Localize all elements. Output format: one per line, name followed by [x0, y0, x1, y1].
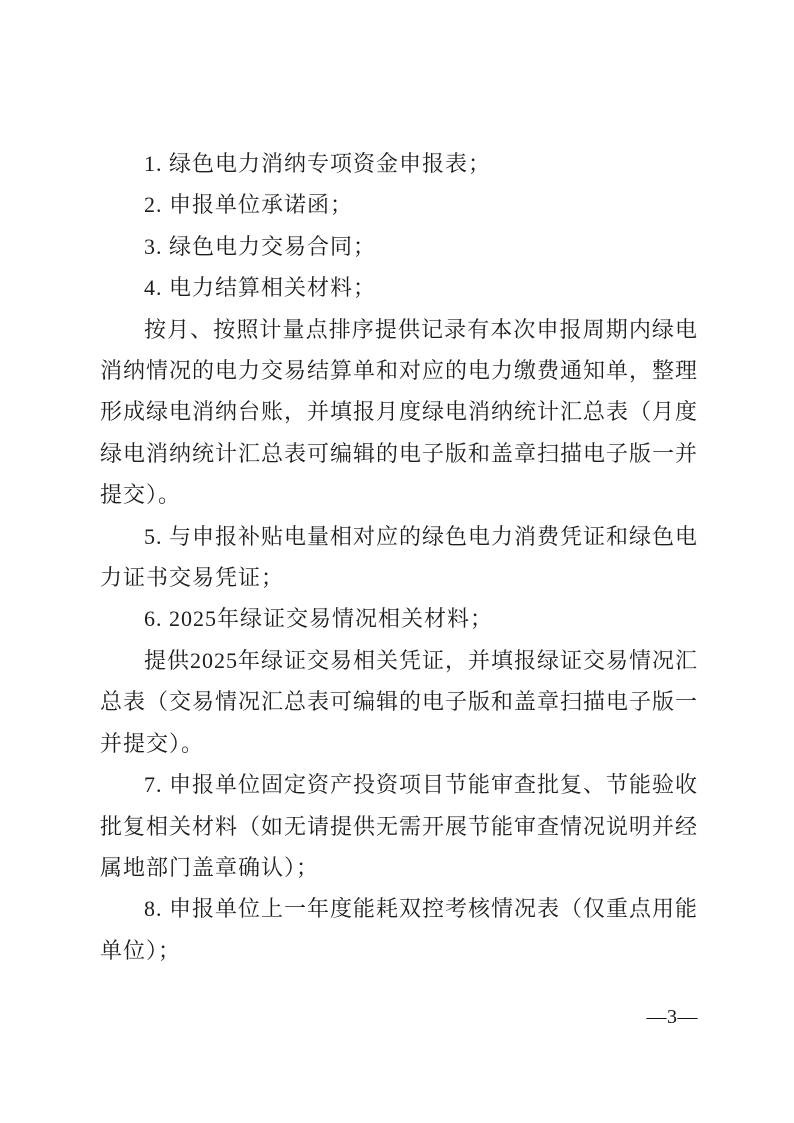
- list-item: 5. 与申报补贴电量相对应的绿色电力消费凭证和绿色电力证书交易凭证；: [100, 516, 698, 599]
- list-item: 2. 申报单位承诺函；: [100, 184, 698, 225]
- list-item: 8. 申报单位上一年度能耗双控考核情况表（仅重点用能单位）；: [100, 888, 698, 971]
- list-item: 3. 绿色电力交易合同；: [100, 226, 698, 267]
- list-item: 4. 电力结算相关材料；: [100, 267, 698, 308]
- paragraph: 提供2025年绿证交易相关凭证，并填报绿证交易情况汇总表（交易情况汇总表可编辑的…: [100, 640, 698, 764]
- document-body: 1. 绿色电力消纳专项资金申报表；2. 申报单位承诺函；3. 绿色电力交易合同；…: [100, 143, 698, 971]
- list-item: 1. 绿色电力消纳专项资金申报表；: [100, 143, 698, 184]
- paragraph: 按月、按照计量点排序提供记录有本次申报周期内绿电消纳情况的电力交易结算单和对应的…: [100, 309, 698, 516]
- list-item: 7. 申报单位固定资产投资项目节能审查批复、节能验收批复相关材料（如无请提供无需…: [100, 764, 698, 888]
- list-item: 6. 2025年绿证交易情况相关材料；: [100, 598, 698, 639]
- page-number: —3—: [647, 1003, 699, 1031]
- document-page: 1. 绿色电力消纳专项资金申报表；2. 申报单位承诺函；3. 绿色电力交易合同；…: [0, 0, 794, 1123]
